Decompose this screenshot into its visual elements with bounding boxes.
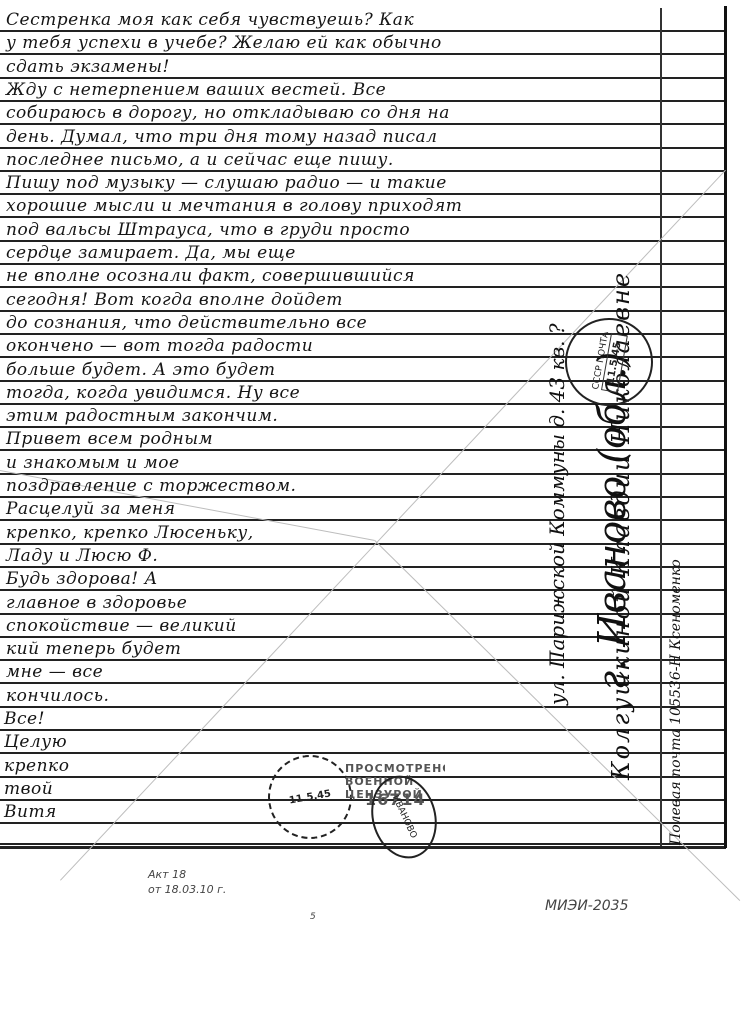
letter-line: сегодня! Вот когда вполне дойдет bbox=[6, 292, 343, 309]
letter-line: Пишу под музыку — слушаю радио — и такие bbox=[6, 175, 447, 192]
ruled-line bbox=[0, 822, 726, 824]
letter-line: главное в здоровье bbox=[6, 595, 187, 612]
letter-line: окончено — вот тогда радости bbox=[6, 338, 313, 355]
letter-line: больше будет. А это будет bbox=[6, 362, 276, 379]
letter-line: последнее письмо, а и сейчас еще пишу. bbox=[6, 152, 394, 169]
ruled-line bbox=[0, 216, 726, 218]
letter-line: Привет всем родным bbox=[6, 431, 213, 448]
letter-line: под вальсы Штрауса, что в груди просто bbox=[6, 222, 410, 239]
letter-line: хорошие мысли и мечтания в голову приход… bbox=[6, 198, 462, 215]
letter-line: крепко, крепко Люсеньку, bbox=[6, 525, 254, 542]
archive-act: Акт 18 bbox=[148, 868, 186, 882]
address-street: ул. Парижской Коммуны д. 43 кв. ? bbox=[545, 323, 569, 705]
letter-line: Сестренка моя как себя чувствуешь? Как bbox=[6, 12, 414, 29]
bottom-border bbox=[0, 843, 726, 845]
postmark-city: ИВАНОВО bbox=[390, 794, 419, 840]
letter-line: Жду с нетерпением ваших вестей. Все bbox=[6, 82, 386, 99]
ruled-line bbox=[0, 77, 726, 79]
letter-line: крепко bbox=[4, 758, 69, 775]
letter-line: у тебя успехи в учебе? Желаю ей как обыч… bbox=[6, 35, 442, 52]
letter-line: и знакомым и мое bbox=[6, 455, 180, 472]
letter-line: спокойствие — великий bbox=[6, 618, 237, 635]
right-border bbox=[724, 6, 727, 848]
archive-inventory-number: МИЭИ-2035 bbox=[545, 897, 628, 915]
ruled-line bbox=[0, 123, 726, 125]
letter-line: мне — все bbox=[6, 664, 103, 681]
letter-line: не вполне осознали факт, совершившийся bbox=[6, 268, 415, 285]
page-mark: 5 bbox=[310, 912, 316, 924]
letter-line: кончилось. bbox=[6, 688, 109, 705]
letter-line: Целую bbox=[4, 734, 67, 751]
letter-line: кий теперь будет bbox=[6, 641, 181, 658]
letter-line: сдать экзамены! bbox=[6, 59, 170, 76]
ruled-line bbox=[0, 147, 726, 149]
letter-line: Будь здорова! А bbox=[6, 571, 158, 588]
letter-line: этим радостным закончим. bbox=[6, 408, 278, 425]
bottom-border bbox=[0, 847, 726, 849]
letter-line: Расцелуй за меня bbox=[6, 501, 175, 518]
letter-line: сердце замирает. Да, мы еще bbox=[6, 245, 296, 262]
letter-line: Витя bbox=[4, 804, 57, 821]
ruled-line bbox=[0, 170, 726, 172]
archive-act-date: от 18.03.10 г. bbox=[148, 883, 226, 897]
letter-line: собираюсь в дорогу, но откладываю со дня… bbox=[6, 105, 450, 122]
sender-field-post: Полевая почта 105536-Н Ксеноменко bbox=[668, 559, 684, 845]
letter-line: день. Думал, что три дня тому назад писа… bbox=[6, 129, 437, 146]
ruled-line bbox=[0, 193, 726, 195]
letter-line: Все! bbox=[4, 711, 45, 728]
letter-line: до сознания, что действительно все bbox=[6, 315, 367, 332]
ruled-line bbox=[0, 240, 726, 242]
letter-line: поздравление с торжеством. bbox=[6, 478, 296, 495]
letter-line: Ладу и Люсю Ф. bbox=[6, 548, 158, 565]
letter-line: тогда, когда увидимся. Ну все bbox=[6, 385, 300, 402]
postmark-date: 11.5.45 bbox=[285, 785, 335, 808]
ruled-line bbox=[0, 263, 726, 265]
ruled-line bbox=[0, 53, 726, 55]
ruled-line bbox=[0, 100, 726, 102]
ruled-line bbox=[0, 30, 726, 32]
letter-line: твой bbox=[4, 781, 53, 798]
margin-line bbox=[660, 8, 662, 846]
